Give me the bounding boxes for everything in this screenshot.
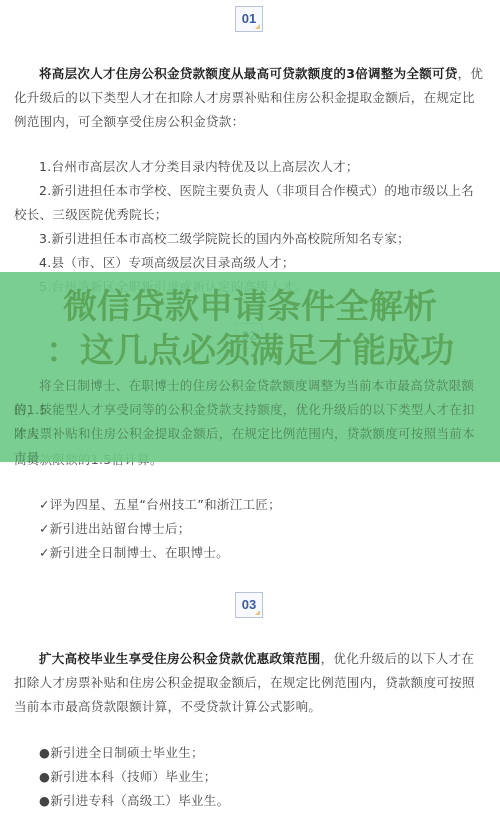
corner-triangle-icon [255,610,260,615]
list-item-text: 2.新引进担任本市学校、医院主要负责人（非项目合作模式）的地市级以上名校长、三级… [14,183,474,222]
section-03-list: ●新引进全日制硕士毕业生； ●新引进本科（技师）毕业生； ●新引进专科（高级工）… [14,741,486,813]
section-number-badge-01: 01 [235,6,263,32]
list-item: 2.新引进担任本市学校、医院主要负责人（非项目合作模式）的地市级以上名校长、三级… [14,179,486,227]
list-item: 1.台州市高层次人才分类目录内特优及以上高层次人才； [14,155,486,179]
list-item: ●新引进专科（高级工）毕业生。 [14,789,486,813]
list-item: 3.新引进担任本市高校二级学院院长的国内外高校院所知名专家； [14,227,486,251]
list-item: ✓新引进出站留台博士后； [14,517,486,541]
section-02-list: ✓评为四星、五星“台州技工”和浙江工匠； ✓新引进出站留台博士后； ✓新引进全日… [14,493,486,565]
banner-title-line1: 微信贷款申请条件全解析 [0,285,500,329]
section-01-intro-bold: 将高层次人才住房公积金贷款额度从最高可贷款额度的3倍调整为全额可贷 [39,66,458,81]
section-02-intro-line3: 才房票补贴和住房公积金提取金额后，在规定比例范围内，贷款额度可按照当前本市最 [14,422,486,470]
corner-triangle-icon [255,24,260,29]
article-document: 01 将高层次人才住房公积金贷款额度从最高可贷款额度的3倍调整为全额可贷，优化升… [0,0,500,823]
section-number-badge-03: 03 [235,592,263,618]
section-03-intro-bold: 扩大高校毕业生享受住房公积金贷款优惠政策范围 [39,651,321,666]
banner-title-line2: ：这几点必须满足才能成功 [0,329,500,373]
section-03-intro: 扩大高校毕业生享受住房公积金贷款优惠政策范围，优化升级后的以下人才在扣除人才房票… [14,647,486,719]
list-item: ●新引进本科（技师）毕业生； [14,765,486,789]
list-item: ✓新引进全日制博士、在职博士。 [14,541,486,565]
banner-title: 微信贷款申请条件全解析 ：这几点必须满足才能成功 [0,285,500,373]
list-item: ●新引进全日制硕士毕业生； [14,741,486,765]
list-item: ✓评为四星、五星“台州技工”和浙江工匠； [14,493,486,517]
section-01-intro: 将高层次人才住房公积金贷款额度从最高可贷款额度的3倍调整为全额可贷，优化升级后的… [14,62,486,134]
